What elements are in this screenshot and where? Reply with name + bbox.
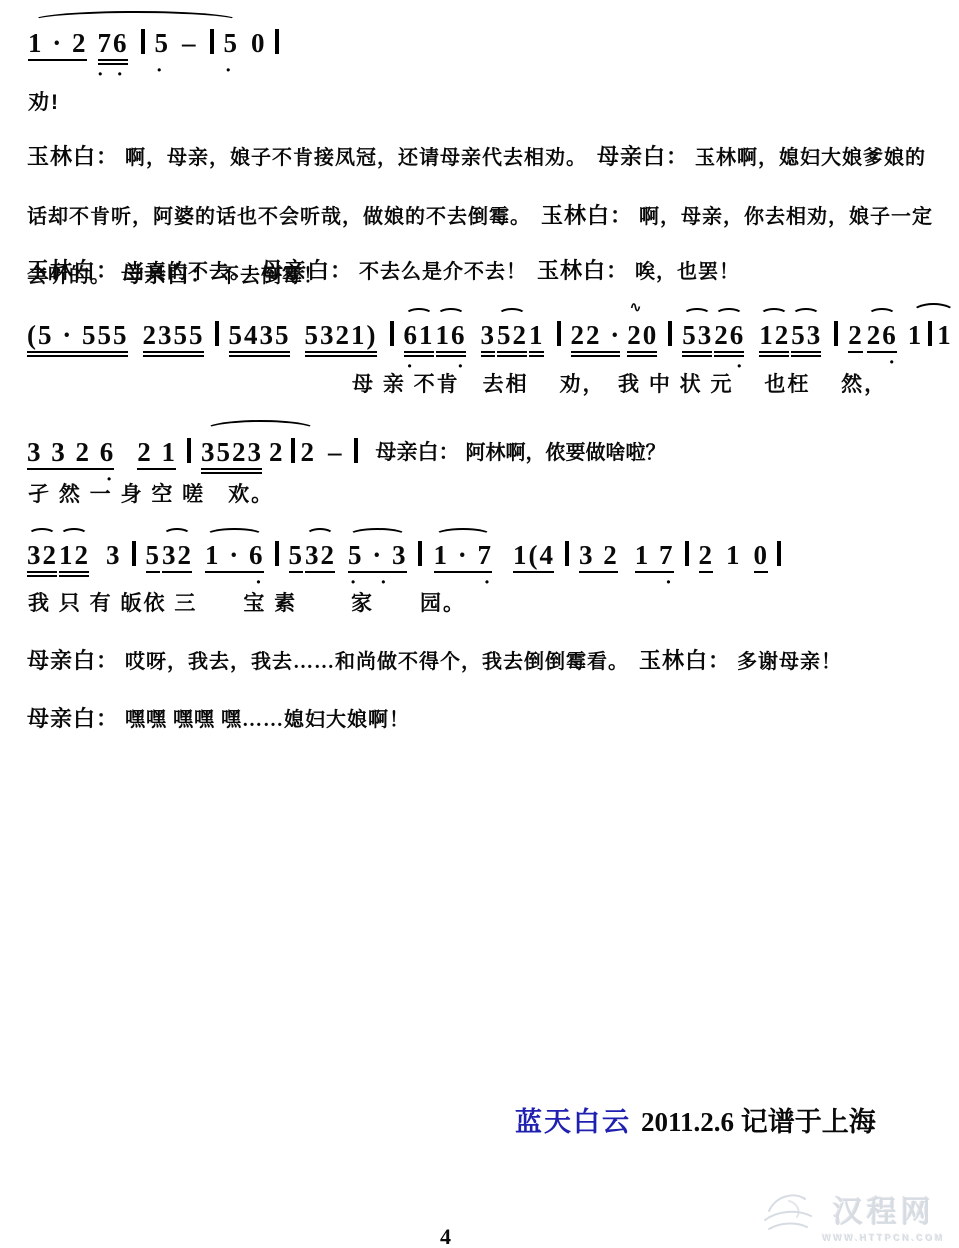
speaker-label: 母亲白：	[376, 441, 460, 464]
speech-text: 不去么是介不去！	[359, 261, 527, 283]
speech-text: 啊，母亲，娘子不肯接凤冠，还请母亲代去相劝。	[125, 147, 587, 169]
notation-line-4: 32123|5321 · 6•|5325 · 3••|1 · 7•1(4|3 2…	[27, 522, 789, 570]
speaker-label: 母亲白：	[261, 258, 353, 283]
speech-text: 当真的不去。	[125, 261, 251, 283]
watermark-url: WWW.HTTPCN.COM	[823, 1233, 945, 1243]
signature: 蓝天白云2011.2.6 记谱于上海	[515, 1100, 876, 1139]
lyric-line-3: 孑 然 一 身 空 嗟 欢。	[28, 478, 274, 508]
score-page: 1 · 276• •|5•–|5•0| 劝! 玉林白：啊，母亲，娘子不肯接凤冠，…	[0, 0, 959, 1248]
speech-text: 唉，也罢！	[635, 261, 740, 283]
lyric-line-4: 我 只 有 皈依 三 宝 素 家 园。	[28, 587, 466, 617]
lyric-line-2: 母 亲 不肯 去相 劝， 我 中 状 元 也枉 然，	[352, 368, 887, 398]
speaker-label: 母亲白：	[27, 706, 119, 731]
notation-line-1: 1 · 276• •|5•–|5•0|	[28, 10, 287, 58]
speaker-label: 玉林白：	[27, 258, 119, 283]
dialog-paragraph-3: 母亲白：哎呀，我去，我去……和尚做不得个，我去倒倒霉看。玉林白：多谢母亲！	[27, 648, 937, 675]
speech-text: 多谢母亲！	[737, 651, 842, 673]
notation-line-3-notes: 3 3 2 6•2 1|35232|2–|	[27, 448, 366, 465]
speaker-label: 玉林白：	[537, 258, 629, 283]
speaker-label: 玉林白：	[27, 144, 119, 169]
speaker-label: 玉林白：	[639, 648, 731, 673]
speech-text: 哎呀，我去，我去……和尚做不得个，我去倒倒霉看。	[125, 651, 629, 673]
speech-text: 阿林啊，侬要做啥啦？	[466, 442, 666, 464]
signature-note: 2011.2.6 记谱于上海	[641, 1107, 876, 1137]
watermark-name: 汉程网	[833, 1187, 935, 1231]
watermark-text: 汉程网 WWW.HTTPCN.COM	[823, 1187, 945, 1243]
lyric-line-1: 劝!	[28, 86, 60, 116]
notation-line-2: (5 · 5552355|54355321)|61•16•3521|22 ·20…	[27, 302, 959, 350]
speaker-label: 玉林白：	[541, 203, 633, 228]
notation-line-3: 3 3 2 6•2 1|35232|2–|母亲白：阿林啊，侬要做啥啦？	[27, 418, 666, 467]
signature-author: 蓝天白云	[515, 1107, 631, 1137]
watermark: 汉程网 WWW.HTTPCN.COM	[759, 1183, 945, 1246]
inline-dialog-mother: 母亲白：阿林啊，侬要做啥啦？	[376, 436, 666, 466]
speech-text: 嘿嘿 嘿嘿 嘿……媳妇大娘啊！	[125, 709, 410, 731]
speaker-label: 母亲白：	[597, 144, 689, 169]
dialog-paragraph-4: 母亲白：嘿嘿 嘿嘿 嘿……媳妇大娘啊！	[27, 706, 937, 733]
page-number: 4	[440, 1224, 451, 1248]
speaker-label: 母亲白：	[27, 648, 119, 673]
dialog-paragraph-2: 玉林白：当真的不去。母亲白：不去么是介不去！玉林白：唉，也罢！	[27, 258, 937, 285]
httpcn-logo-icon	[759, 1183, 817, 1246]
